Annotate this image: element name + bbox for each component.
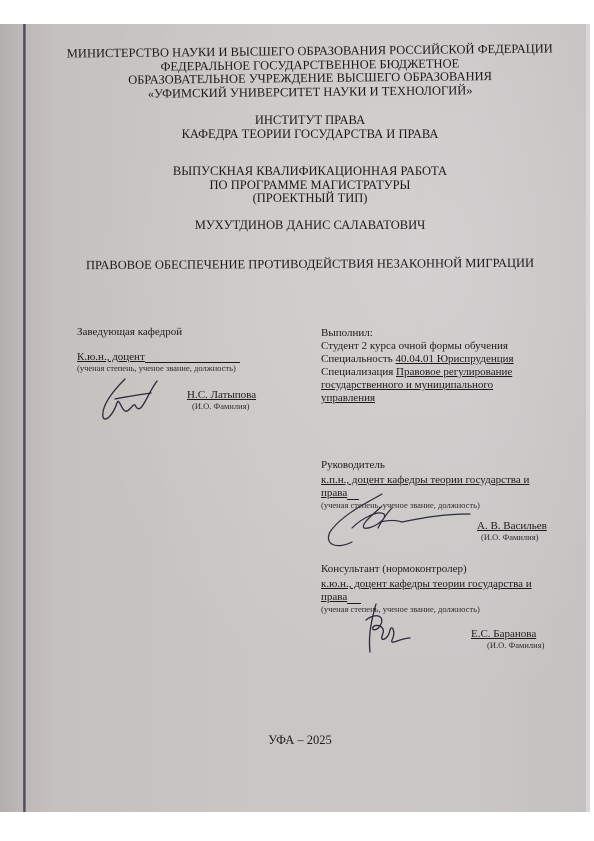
binding-edge bbox=[0, 24, 24, 812]
consultant-name-hint: (И.О. Фамилия) bbox=[471, 640, 566, 650]
consultant-degree: к.ю.н., доцент кафедры теории государств… bbox=[321, 578, 566, 591]
work-type-line: ВЫПУСКНАЯ КВАЛИФИКАЦИОННАЯ РАБОТА bbox=[60, 165, 560, 179]
institute-name: ИНСТИТУТ ПРАВА bbox=[60, 113, 560, 127]
page-right-edge bbox=[586, 24, 590, 812]
institute-block: ИНСТИТУТ ПРАВА КАФЕДРА ТЕОРИИ ГОСУДАРСТВ… bbox=[60, 113, 560, 141]
consultant-degree-hint: (ученая степень, ученое звание, должност… bbox=[321, 604, 566, 614]
specialization-label: Специализация bbox=[321, 366, 393, 378]
performer-block: Выполнил: Студент 2 курса очной формы об… bbox=[321, 327, 566, 405]
consultant-block: Консультант (нормоконтролер) к.ю.н., доц… bbox=[321, 563, 566, 650]
department-name: КАФЕДРА ТЕОРИИ ГОСУДАРСТВА И ПРАВА bbox=[60, 127, 560, 141]
supervisor-degree-blank bbox=[347, 488, 359, 500]
head-degree-blank bbox=[145, 351, 240, 363]
supervisor-name-hint: (И.О. Фамилия) bbox=[477, 532, 566, 542]
head-name: Н.С. Латыпова bbox=[187, 389, 297, 401]
city-year: УФА – 2025 bbox=[200, 733, 400, 748]
performer-label: Выполнил: bbox=[321, 327, 566, 340]
supervisor-label: Руководитель bbox=[321, 459, 566, 472]
supervisor-degree-cont: права bbox=[321, 487, 347, 499]
supervisor-degree: к.п.н., доцент кафедры теории государств… bbox=[321, 474, 566, 487]
consultant-label: Консультант (нормоконтролер) bbox=[321, 563, 566, 576]
supervisor-degree-hint: (ученая степень, ученое звание, должност… bbox=[321, 500, 566, 510]
specialization-value-cont: государственного и муниципального bbox=[321, 379, 566, 392]
head-label: Заведующая кафедрой bbox=[77, 326, 297, 338]
author-name: МУХУТДИНОВ ДАНИС САЛАВАТОВИЧ bbox=[60, 218, 560, 233]
supervisor-block: Руководитель к.п.н., доцент кафедры теор… bbox=[321, 459, 566, 542]
supervisor-name: А. В. Васильев bbox=[477, 520, 566, 532]
consultant-degree-blank bbox=[347, 592, 361, 604]
specialization-value: Правовое регулирование bbox=[396, 366, 512, 378]
head-name-hint: (И.О. Фамилия) bbox=[187, 401, 297, 411]
performer-student: Студент 2 курса очной формы обучения bbox=[321, 340, 566, 353]
thesis-title: ПРАВОВОЕ ОБЕСПЕЧЕНИЕ ПРОТИВОДЕЙСТВИЯ НЕЗ… bbox=[60, 256, 560, 274]
specialty-value: 40.04.01 Юриспруденция bbox=[395, 353, 513, 365]
work-type-line: (ПРОЕКТНЫЙ ТИП) bbox=[60, 192, 560, 206]
specialization-value-cont: управления bbox=[321, 392, 566, 405]
performer-specialization: Специализация Правовое регулирование bbox=[321, 366, 566, 379]
head-of-department-block: Заведующая кафедрой К.ю.н., доцент (учен… bbox=[77, 326, 297, 411]
work-type-block: ВЫПУСКНАЯ КВАЛИФИКАЦИОННАЯ РАБОТА ПО ПРО… bbox=[60, 165, 560, 206]
consultant-degree-cont: права bbox=[321, 591, 347, 603]
work-type-line: ПО ПРОГРАММЕ МАГИСТРАТУРЫ bbox=[60, 179, 560, 193]
specialty-label: Специальность bbox=[321, 353, 393, 365]
ministry-header: МИНИСТЕРСТВО НАУКИ И ВЫСШЕГО ОБРАЗОВАНИЯ… bbox=[60, 42, 561, 101]
title-page-photo bbox=[0, 24, 590, 812]
performer-specialty: Специальность 40.04.01 Юриспруденция bbox=[321, 353, 566, 366]
head-degree-hint: (ученая степень, ученое звание, должност… bbox=[77, 363, 297, 373]
binding-line bbox=[23, 24, 26, 812]
consultant-name: Е.С. Баранова bbox=[471, 628, 566, 640]
head-degree: К.ю.н., доцент bbox=[77, 351, 145, 363]
